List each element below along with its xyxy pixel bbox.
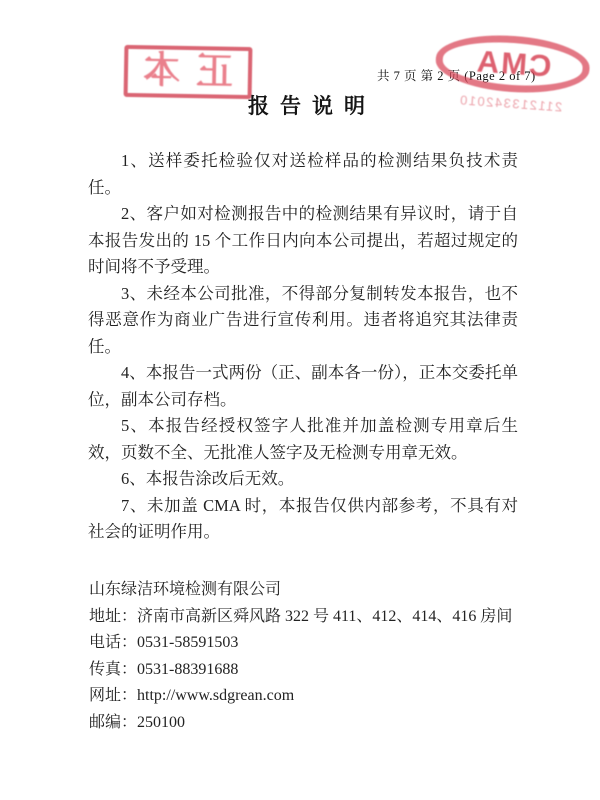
company-name: 山东绿洁环境检测有限公司 <box>89 577 529 604</box>
report-note-4: 4、本报告一式两份（正、副本各一份），正本交委托单位，副本公司存档。 <box>88 360 518 413</box>
report-note-6: 6、本报告涂改后无效。 <box>88 466 518 493</box>
company-website: 网址：http://www.sdgrean.com <box>89 683 529 710</box>
company-fax: 传真：0531-88391688 <box>89 657 529 684</box>
report-note-7: 7、未加盖 CMA 时，本报告仅供内部参考，不具有对社会的证明作用。 <box>88 493 518 546</box>
report-notes: 1、送样委托检验仅对送检样品的检测结果负技术责任。 2、客户如对检测报告中的检测… <box>88 148 518 546</box>
report-note-1: 1、送样委托检验仅对送检样品的检测结果负技术责任。 <box>88 148 518 201</box>
company-contact-block: 山东绿洁环境检测有限公司 地址：济南市高新区舜风路 322 号 411、412、… <box>89 577 529 737</box>
company-phone: 电话：0531-58591503 <box>89 630 529 657</box>
report-note-5: 5、本报告经授权签字人批准并加盖检测专用章后生效，页数不全、无批准人签字及无检测… <box>88 413 518 466</box>
cma-certification-stamp: CMA 211213342010 <box>428 30 598 116</box>
original-copy-stamp-text: 正本 <box>127 51 250 93</box>
cma-stamp-letters: CMA <box>474 43 553 84</box>
report-note-3: 3、未经本公司批准，不得部分复制转发本报告，也不得恶意作为商业广告进行宣传利用。… <box>88 281 518 361</box>
report-note-2: 2、客户如对检测报告中的检测结果有异议时，请于自本报告发出的 15 个工作日内向… <box>88 201 518 281</box>
company-address: 地址：济南市高新区舜风路 322 号 411、412、414、416 房间 <box>89 604 529 631</box>
cma-stamp-oval: CMA <box>434 31 592 98</box>
company-postcode: 邮编：250100 <box>89 710 529 737</box>
scanned-report-page: 正本 共 7 页 第 2 页 (Page 2 of 7) CMA 2112133… <box>0 0 600 800</box>
